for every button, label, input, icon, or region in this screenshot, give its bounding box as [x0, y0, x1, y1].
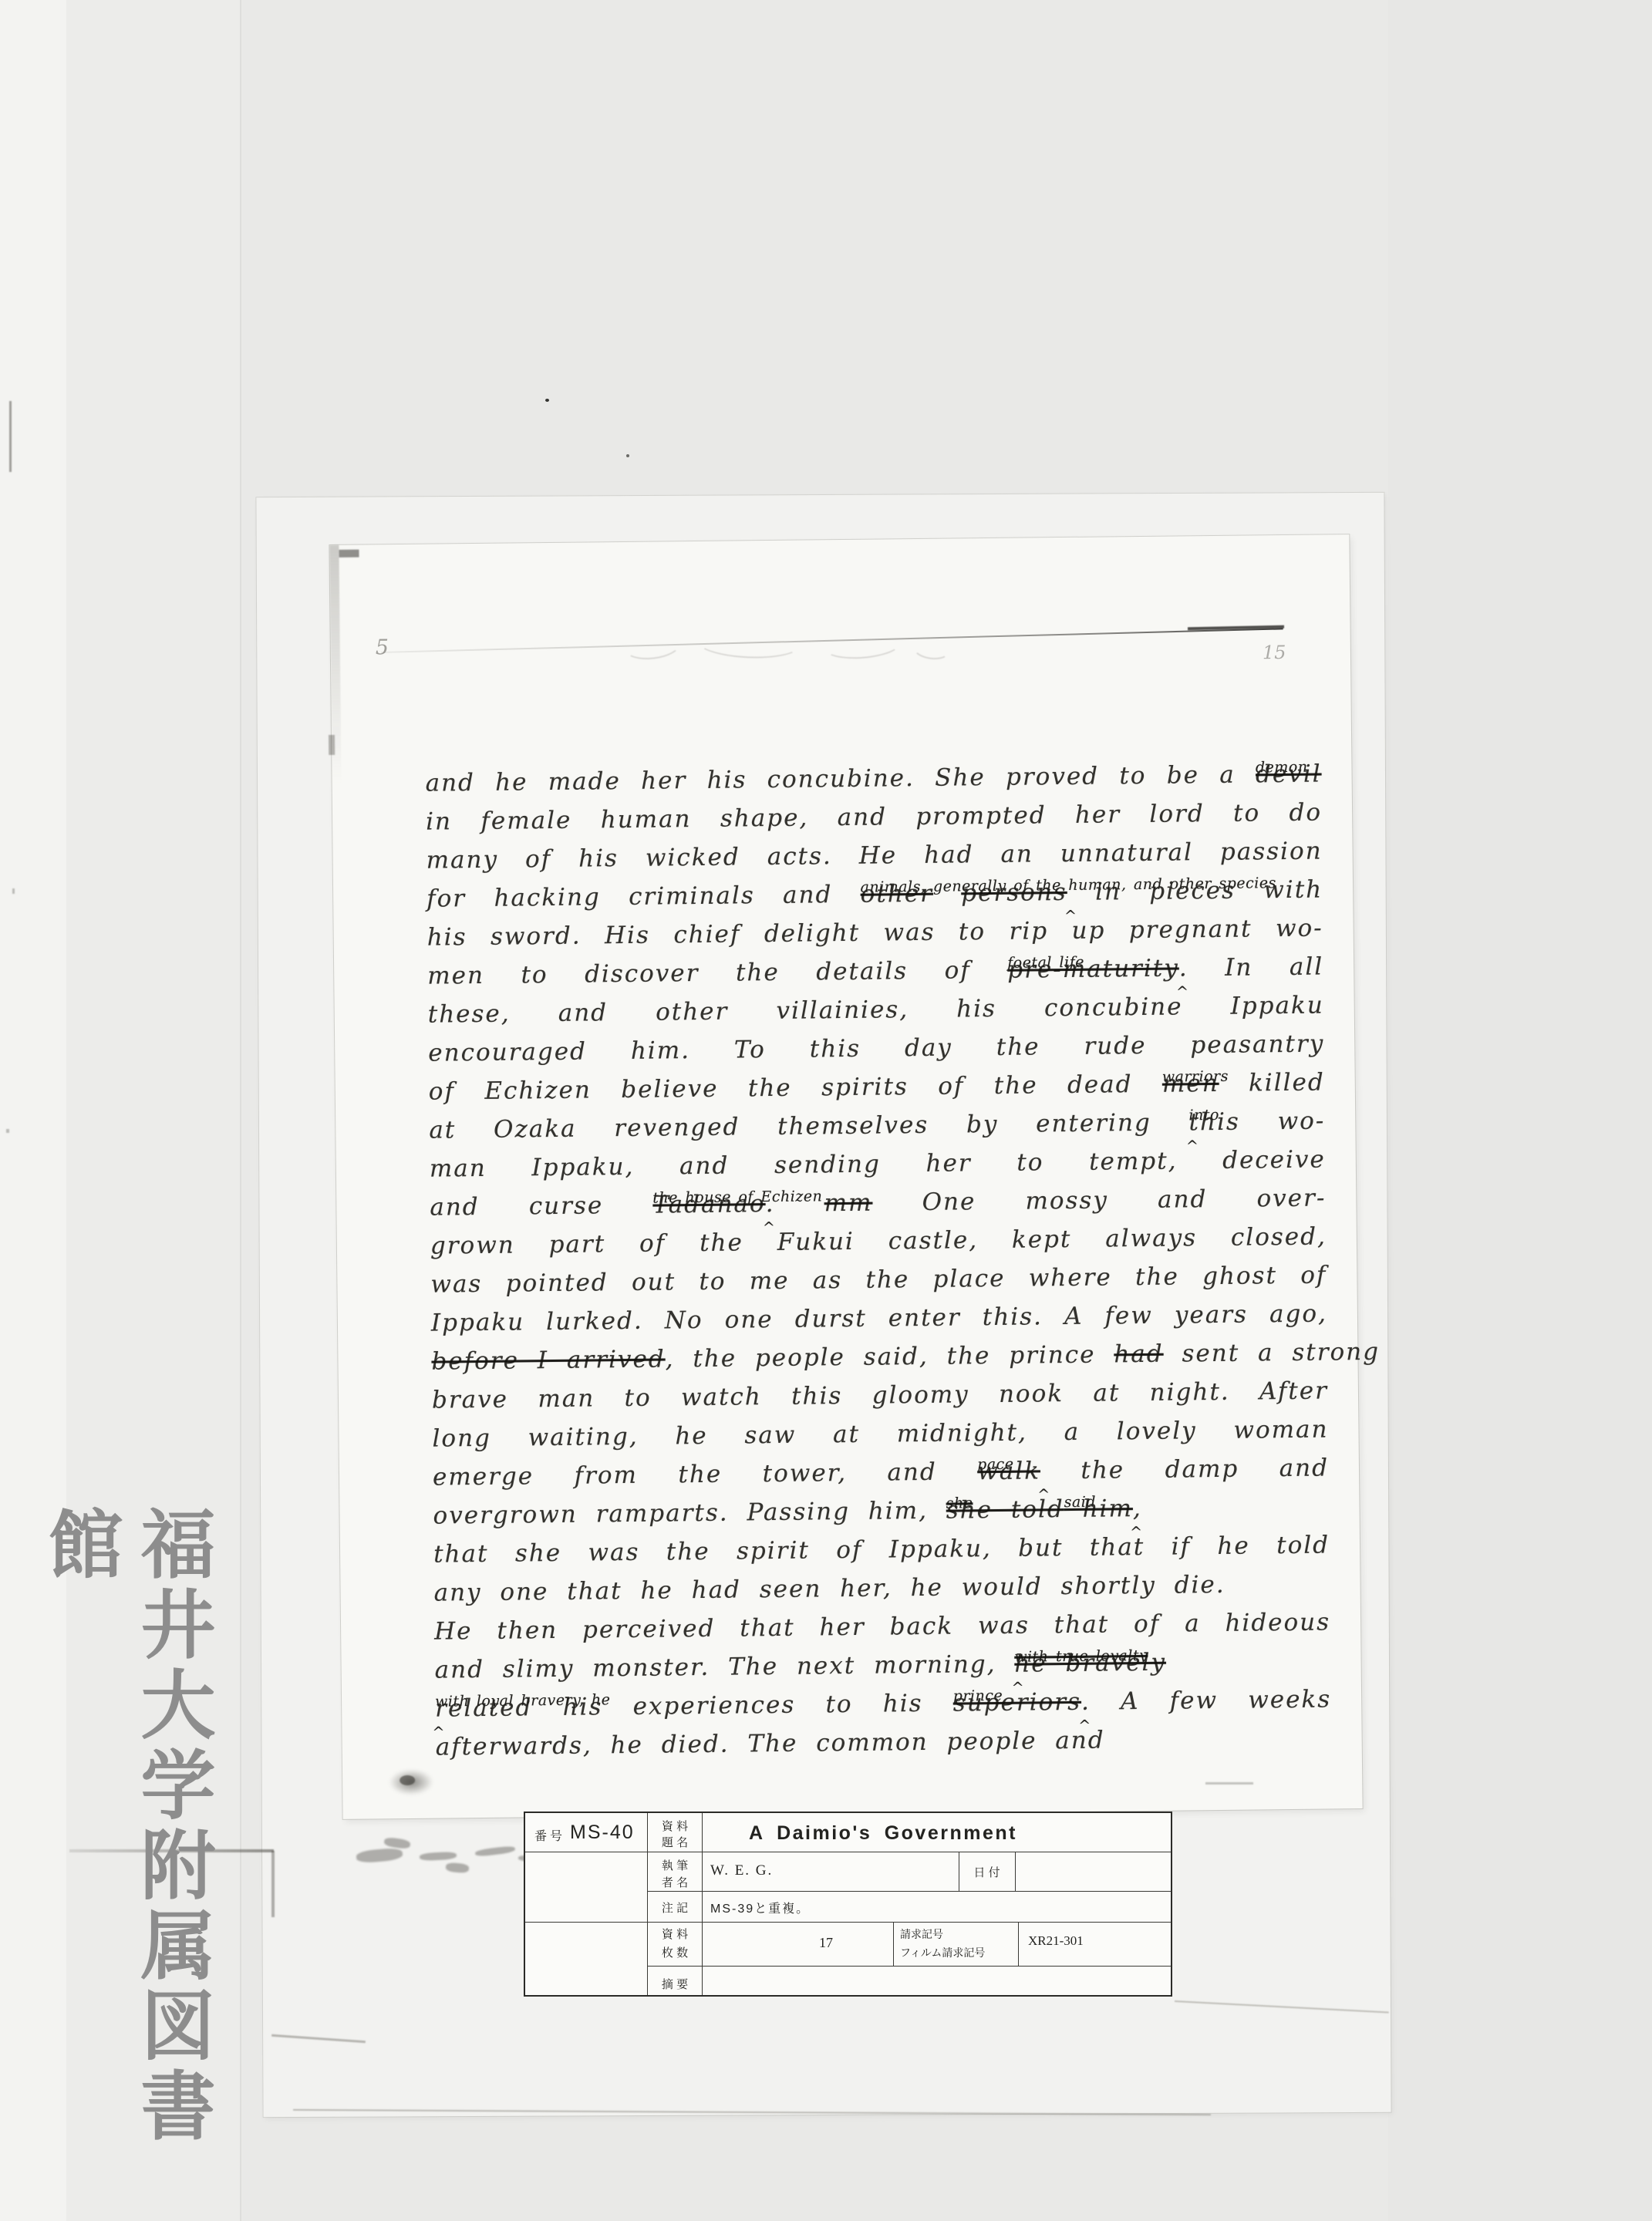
struck-text: before I arrived	[431, 1345, 666, 1375]
card-title-label: 題 名	[653, 1834, 696, 1850]
manuscript-text: , the people said, the prince	[665, 1340, 1114, 1373]
catalog-card: 番号 MS-40 資 料 題 名 A Daimio's Government 執…	[524, 1812, 1172, 1997]
card-grid-line	[647, 1813, 648, 1995]
card-grid-line	[647, 1966, 1171, 1967]
manuscript-text: sent a strong	[1163, 1338, 1380, 1368]
scan-artifact-dash	[1205, 1782, 1253, 1785]
page-edge-mark	[329, 735, 335, 755]
card-grid-line	[1018, 1922, 1019, 1966]
manuscript-page: 5 15 and he made her his concubine. She …	[329, 534, 1362, 1819]
page-number-right: 15	[1263, 642, 1286, 663]
card-title-label: 資 料	[653, 1818, 696, 1834]
manuscript-text: . A few weeks	[1081, 1685, 1332, 1715]
card-author-label: 執 筆	[653, 1857, 696, 1873]
card-number-value: MS-40	[570, 1822, 635, 1844]
background-right-band	[1388, 0, 1652, 2221]
card-call-value: XR21-301	[1028, 1933, 1084, 1949]
struck-text: had	[1114, 1340, 1164, 1369]
card-sheets-label: 資 料	[653, 1926, 696, 1942]
background-left-strip	[0, 0, 66, 2221]
manuscript-text: men to discover the details of	[427, 956, 1007, 990]
card-number-label: 番号	[534, 1826, 565, 1844]
card-sheets-label: 枚 数	[653, 1944, 696, 1960]
manuscript-text: and slimy monster. The next morning,	[434, 1650, 1014, 1684]
handwritten-text-block: and he made her his concubine. She prove…	[425, 760, 1332, 1772]
scanned-document: 5 15 and he made her his concubine. She …	[0, 0, 1652, 2221]
page-number-left: 5	[376, 635, 389, 659]
card-call-label-film: フィルム請求記号	[900, 1945, 985, 1960]
manuscript-text: and he made her his concubine. She prove…	[425, 760, 1256, 797]
card-author-value: W. E. G.	[710, 1862, 773, 1879]
card-note-value: MS-39と重複。	[710, 1899, 810, 1916]
manuscript-text: and curse	[430, 1191, 652, 1222]
card-note-label: 注 記	[653, 1899, 696, 1916]
card-grid-line	[702, 1813, 703, 1995]
card-grid-line	[647, 1891, 1171, 1892]
card-grid-line	[525, 1852, 1171, 1852]
manuscript-text: the damp and	[1040, 1454, 1329, 1485]
manuscript-text: One mossy and over-	[872, 1184, 1326, 1216]
library-watermark: 福井大学附属図書館	[125, 1505, 217, 2221]
card-grid-line	[1015, 1852, 1016, 1891]
manuscript-text: afterwards, he died. The common people a…	[436, 1727, 1105, 1761]
manuscript-text: ,	[1133, 1495, 1142, 1522]
manuscript-text: for hacking criminals and	[426, 881, 861, 913]
manuscript-text: overgrown ramparts. Passing him,	[433, 1497, 946, 1530]
card-author-label: 者 名	[653, 1874, 696, 1890]
faded-title-mark	[912, 637, 951, 662]
card-date-label: 日 付	[959, 1864, 1015, 1880]
manuscript-text: emerge from the tower, and	[433, 1458, 978, 1491]
scan-streak	[271, 1851, 275, 1917]
page-corner-mark	[339, 550, 359, 558]
scan-seam-line	[240, 0, 241, 2221]
scan-artifact-speck	[12, 888, 15, 894]
manuscript-text: killed	[1219, 1068, 1325, 1097]
faded-title-mark	[824, 631, 902, 662]
card-grid-line	[525, 1922, 1171, 1923]
scan-artifact-speck	[6, 1129, 9, 1133]
scan-speck	[545, 399, 549, 402]
struck-text: mm	[824, 1189, 872, 1218]
card-call-label: 請求記号	[900, 1926, 943, 1942]
scan-speck	[626, 454, 629, 457]
manuscript-text: . In all	[1179, 953, 1324, 982]
card-title-value: A Daimio's Government	[749, 1822, 1017, 1845]
scan-artifact-line	[9, 401, 12, 472]
card-summary-label: 摘 要	[653, 1976, 696, 1992]
